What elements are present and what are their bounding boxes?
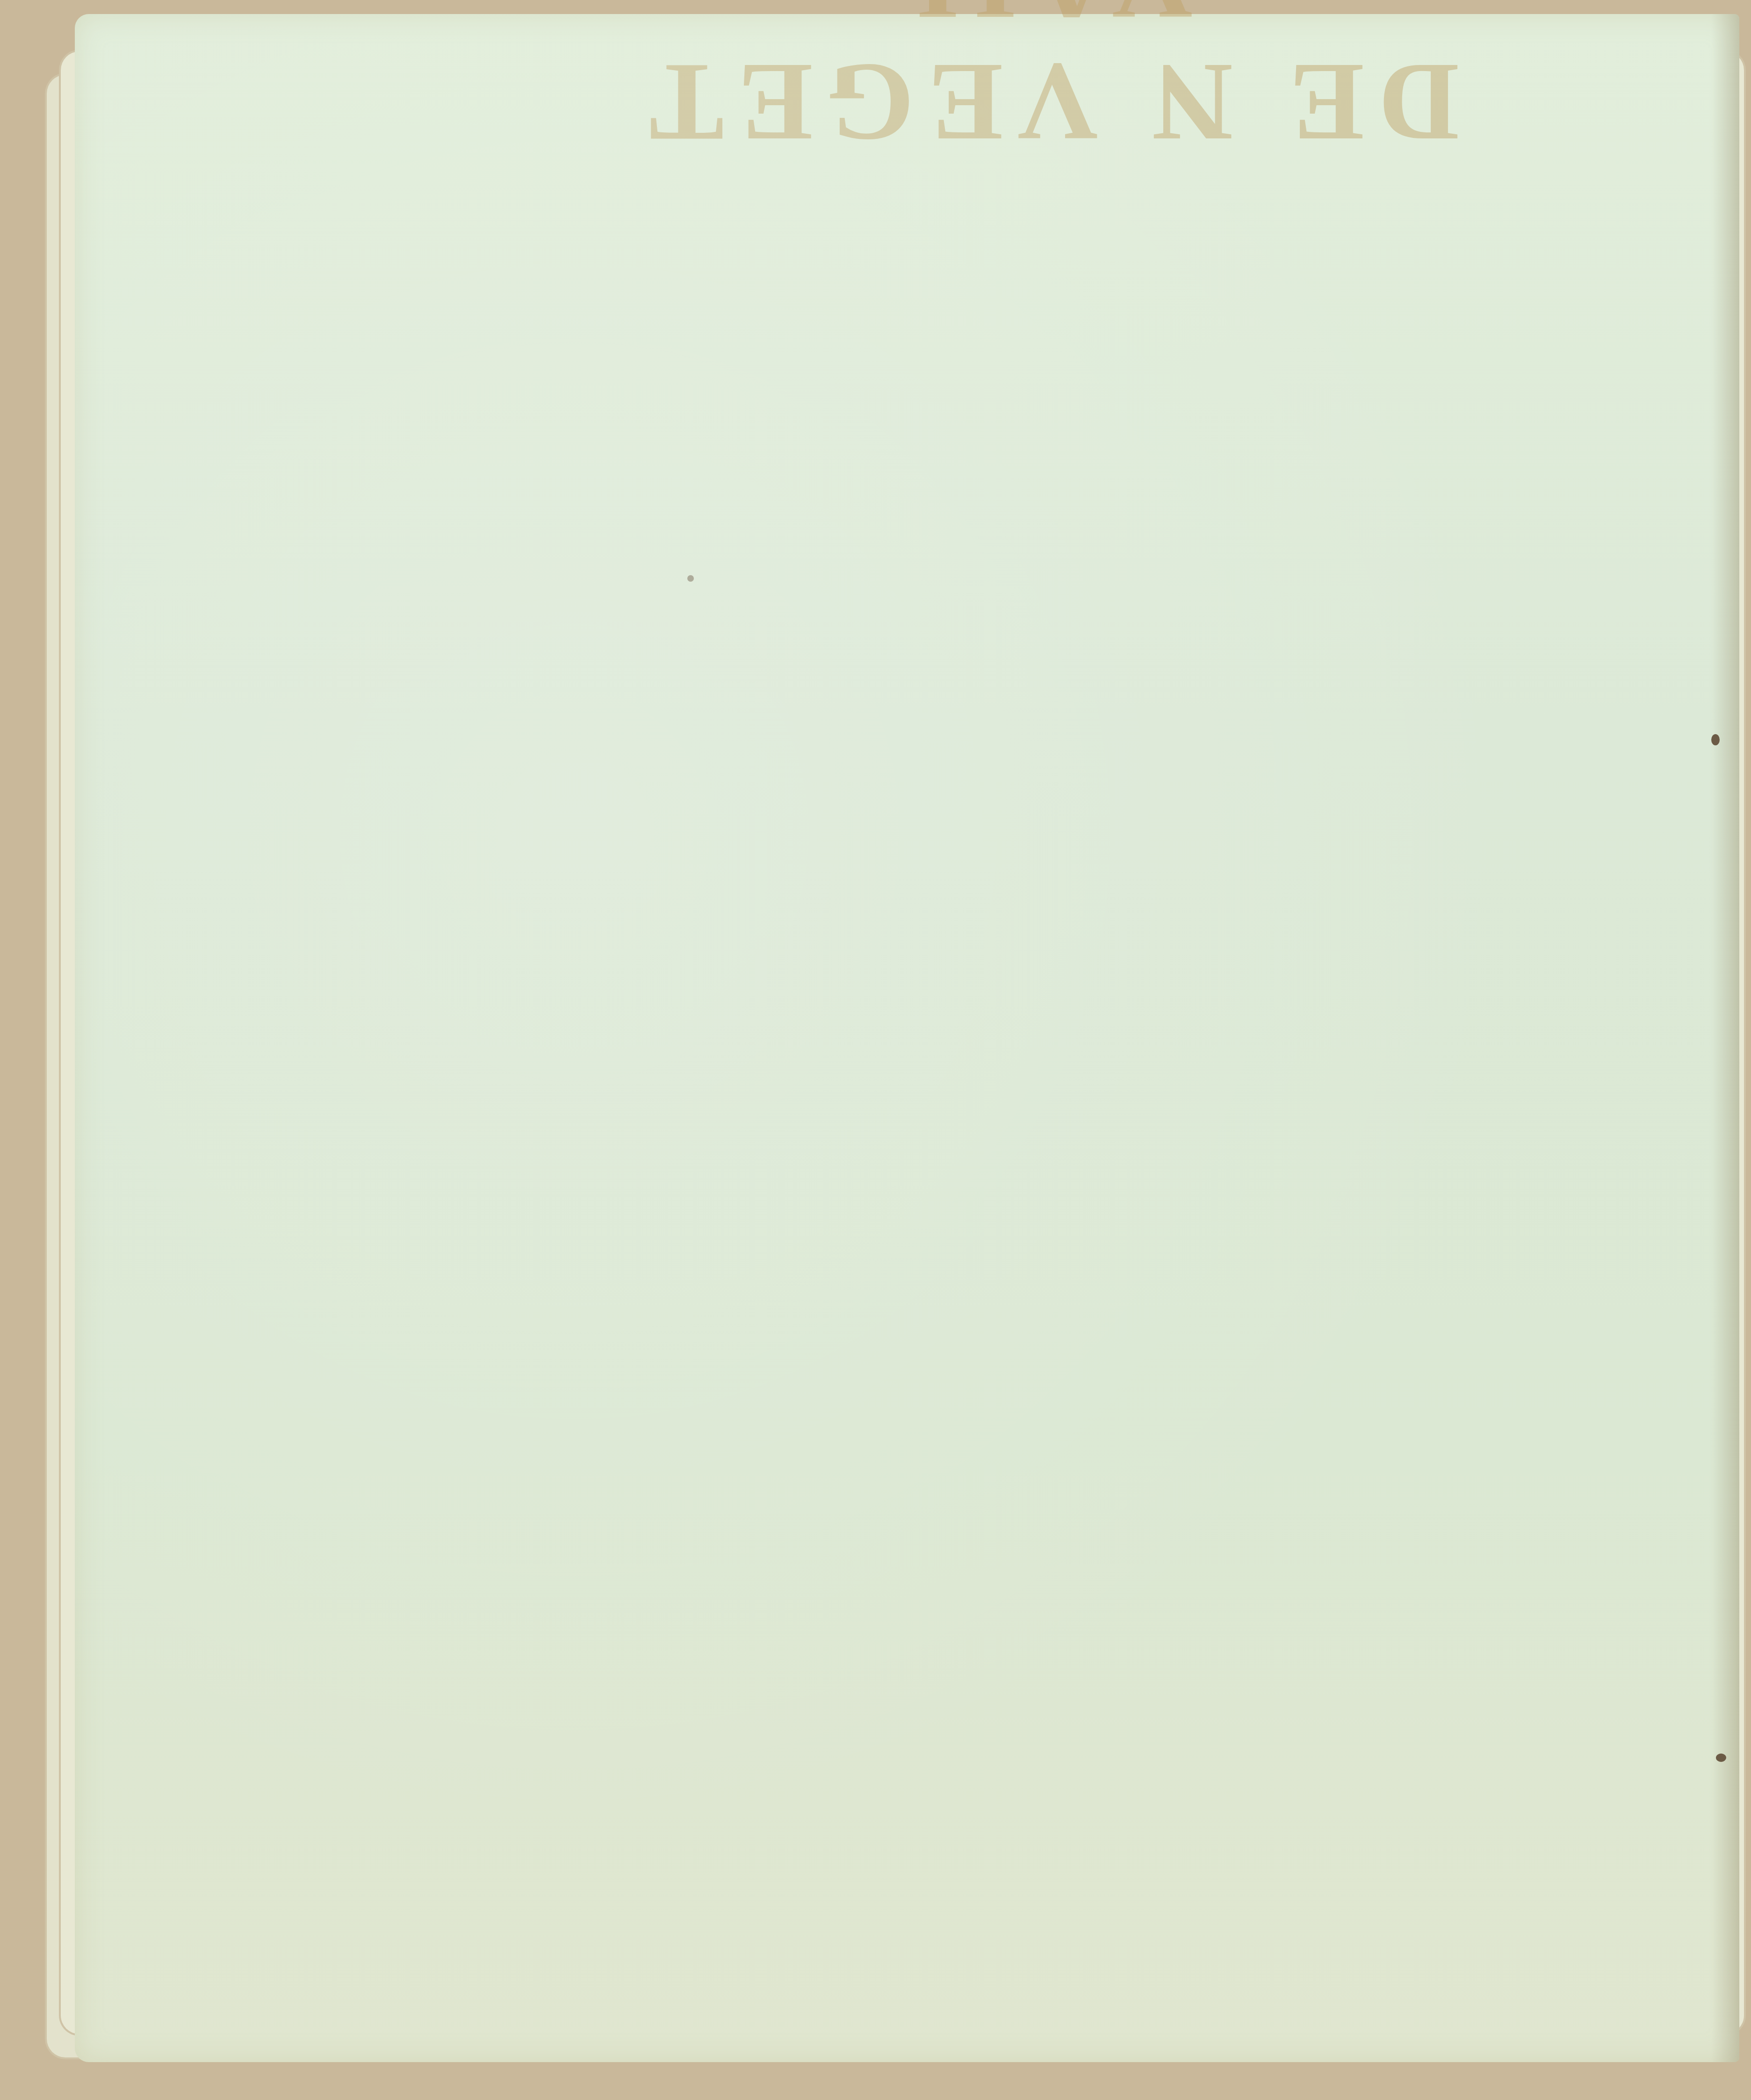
paper-speck xyxy=(687,575,694,582)
book-page: DE N VEGET VAII xyxy=(75,14,1739,2062)
bleed-through-heading: DE N VEGET VAII xyxy=(603,42,1492,164)
page-gutter xyxy=(1711,14,1739,2062)
paper-speck xyxy=(1711,734,1720,745)
paper-speck xyxy=(1716,1754,1726,1762)
